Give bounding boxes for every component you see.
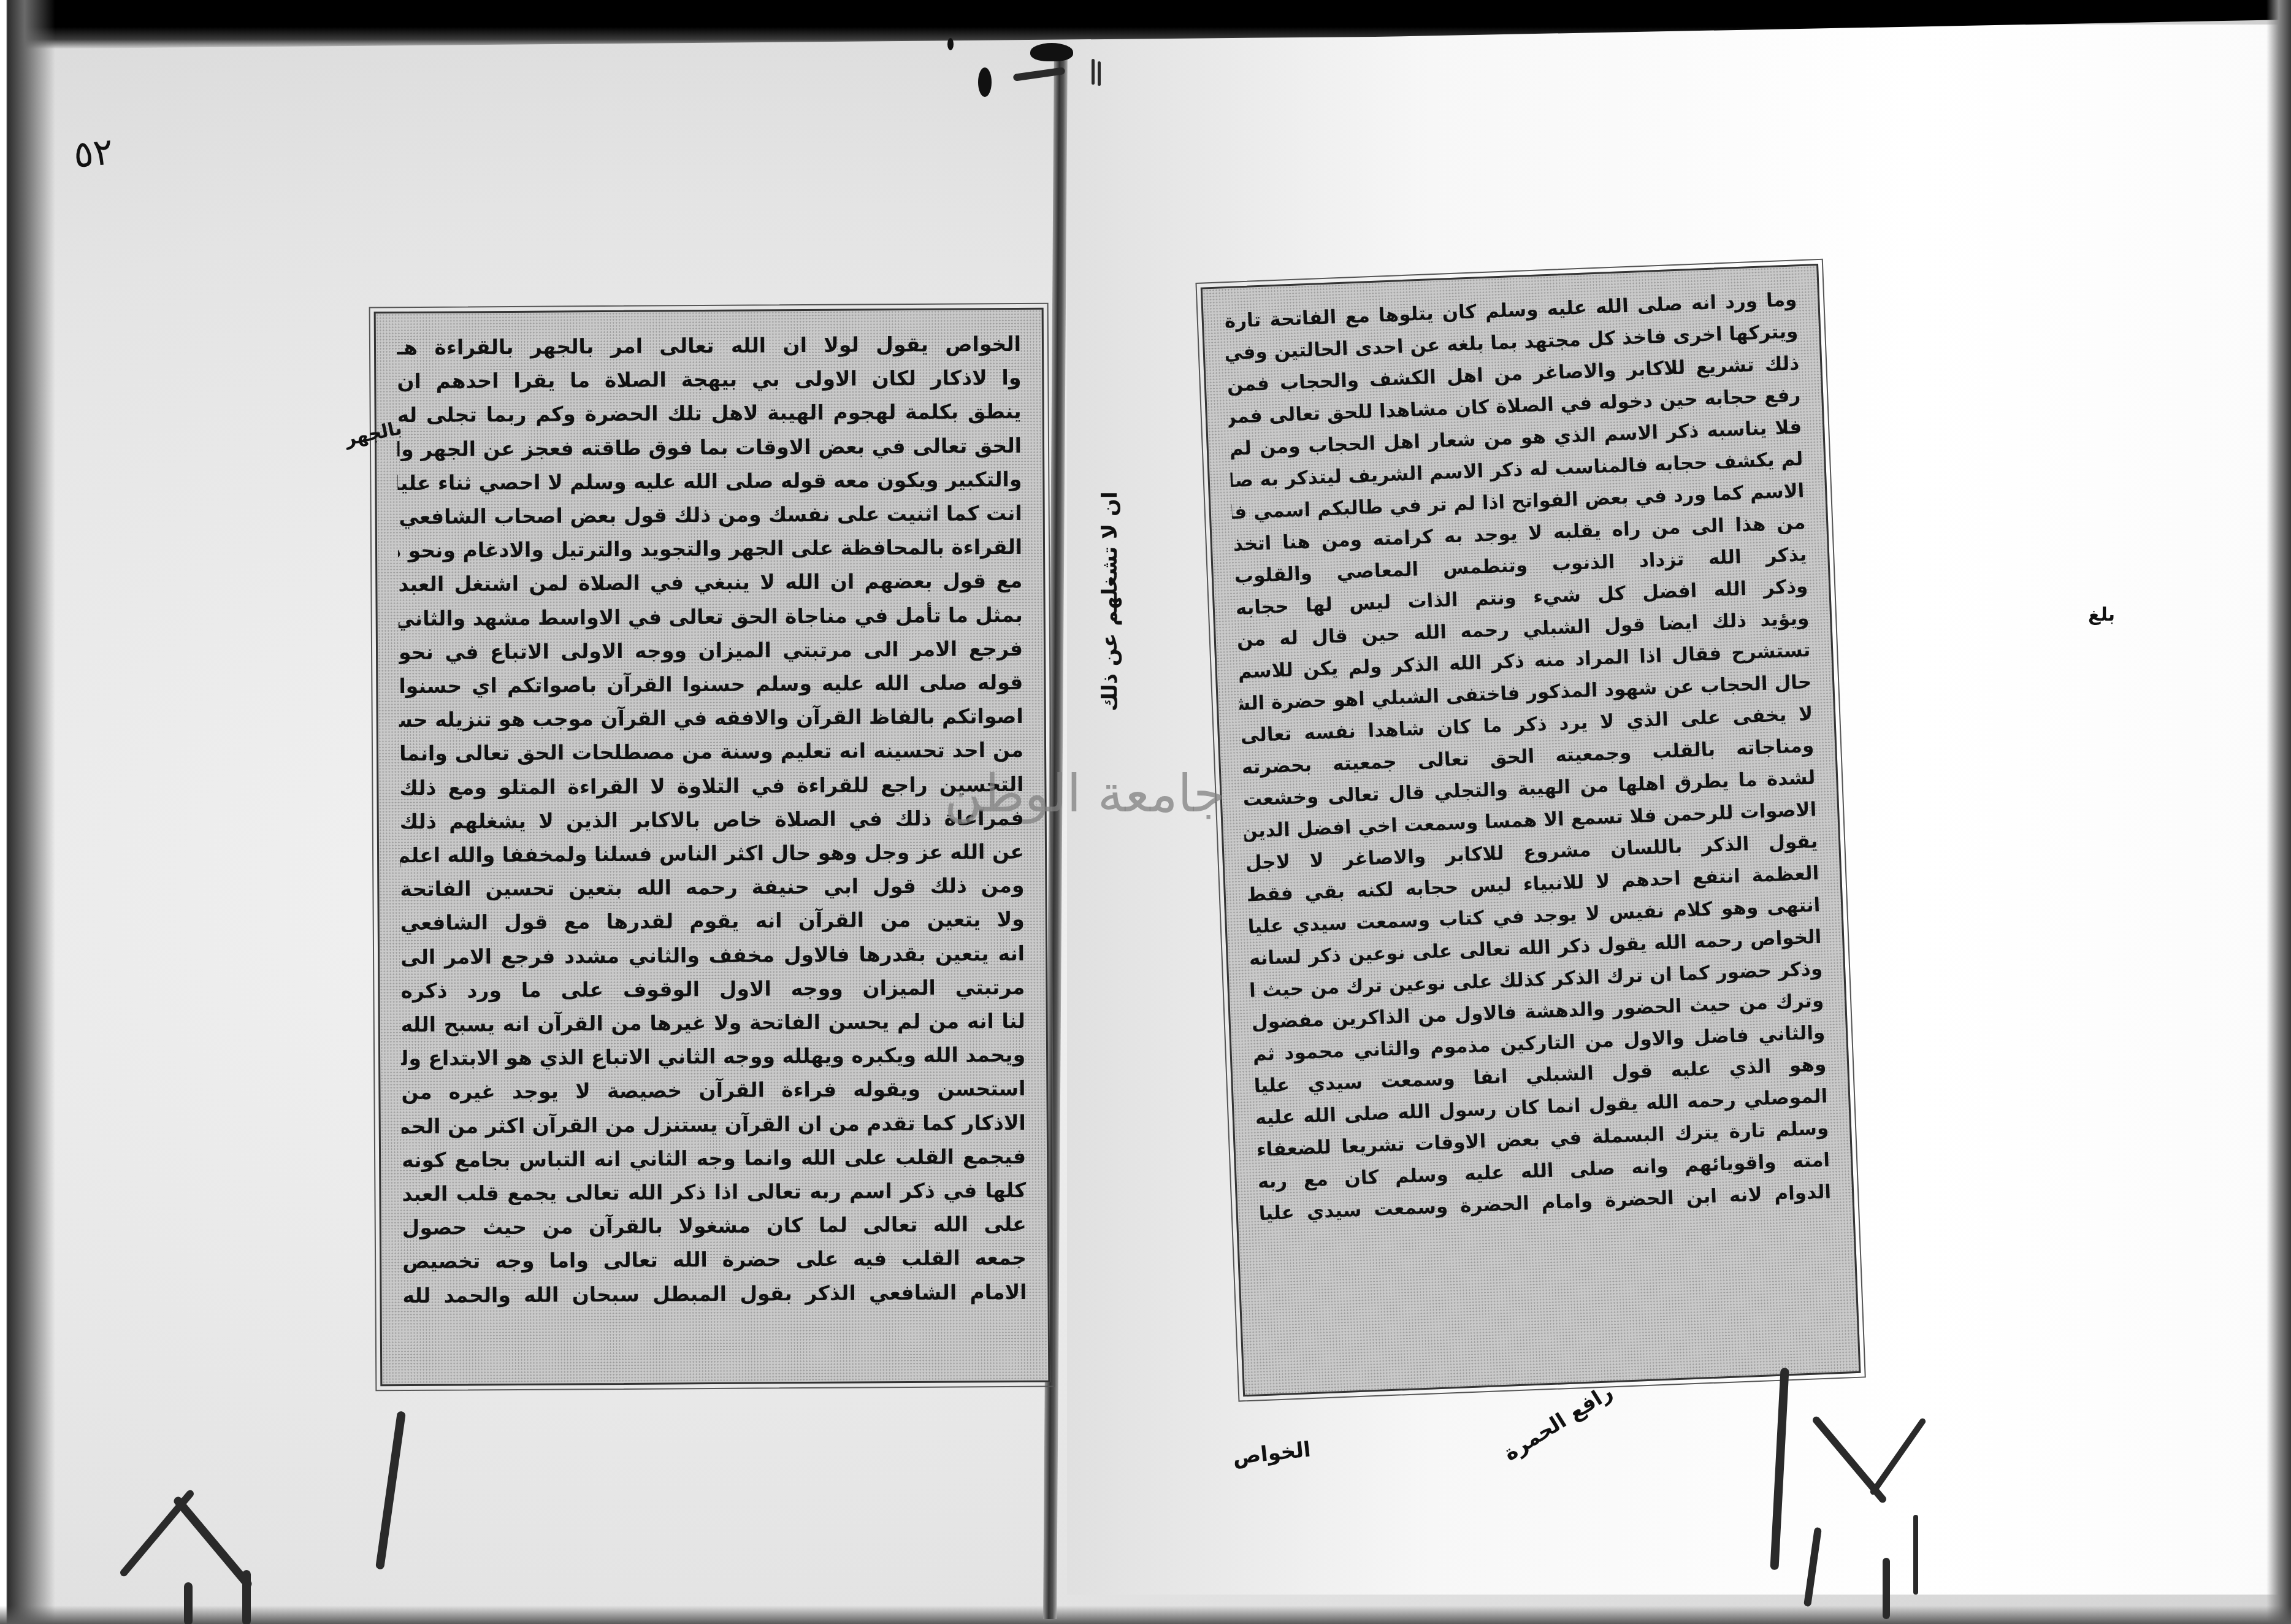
manuscript-line: جمعه القلب فيه على حضرة الله تعالى واما … (402, 1241, 1027, 1278)
right-margin-note-vertical: ان لا تشغلهم عن ذلك (1098, 491, 1122, 711)
bleed-through-mark (242, 1570, 251, 1624)
manuscript-line: كلها في ذكر اسم ربه تعالى اذا ذكر الله ت… (402, 1173, 1026, 1211)
manuscript-line: الخواص يقول لولا ان الله تعالى امر بالجه… (397, 327, 1021, 364)
manuscript-line: الامام الشافعي الذكر بقول المبطل سبحان ا… (402, 1275, 1027, 1312)
manuscript-line: الحق تعالى في بعض الاوقات بما فوق طاقته … (397, 429, 1022, 466)
manuscript-line: ويحمد الله ويكبره ويهلله ووجه الثاني الا… (401, 1038, 1025, 1075)
manuscript-line: ولا يتعين من القرآن انه يقوم لقدرها مع ق… (400, 902, 1025, 940)
manuscript-line: انت كما اثنيت على نفسك ومن ذلك قول بعض ا… (398, 496, 1022, 534)
manuscript-line: فيجمع القلب على الله وانما وجه الثاني ان… (402, 1139, 1026, 1177)
ink-blot (978, 67, 992, 97)
bleed-through-mark (1883, 1558, 1890, 1619)
manuscript-line: الاذكار كما تقدم من ان القرآن يستنزل من … (402, 1106, 1026, 1143)
manuscript-line: فرجع الامر الى مرتبتي الميزان ووجه الاول… (399, 632, 1023, 669)
collation-mark: بلغ (2088, 604, 2115, 626)
manuscript-line: مرتبتي الميزان ووجه الاول الوقوف على ما … (400, 970, 1025, 1008)
ink-blot (947, 38, 954, 50)
bleed-through-mark (1913, 1515, 1918, 1595)
right-page-text-block: وما ورد انه صلى الله عليه وسلم كان يتلوه… (1201, 264, 1861, 1396)
manuscript-line: على الله تعالى لما كان مشغولا بالقرآن من… (402, 1207, 1027, 1244)
scan-right-edge (2266, 0, 2291, 1624)
manuscript-line: وا لاذكار لكان الاولى بي بيهجة الصلاة ما… (397, 361, 1021, 398)
manuscript-line: لنا انه من لم يحسن الفاتحة ولا غيرها من … (401, 1004, 1025, 1041)
scan-left-edge (0, 0, 55, 1624)
manuscript-line: قوله صلى الله عليه وسلم حسنوا القرآن باص… (399, 665, 1023, 703)
scan-bottom-edge (0, 1606, 2291, 1624)
ink-stroke (1092, 59, 1095, 85)
folio-number: ٥٢ (72, 130, 115, 177)
watermark: جامعة الوطن (944, 764, 1225, 824)
manuscript-line: ومن ذلك قول ابي حنيفة رحمه الله بتعين تح… (400, 868, 1024, 906)
manuscript-line: اصواتكم بالفاظ القرآن والافقه في القرآن … (399, 699, 1023, 737)
manuscript-line: فمراعاة ذلك في الصلاة خاص بالاكابر الذين… (400, 801, 1024, 838)
manuscript-line: من احد تحسينه انه تعليم وسنة من مصطلحات … (399, 733, 1023, 770)
manuscript-line: بمثل ما تأمل في مناجاة الحق تعالى في الا… (399, 598, 1023, 635)
manuscript-line: والتكبير ويكون معه قوله صلى الله عليه وس… (397, 462, 1022, 500)
manuscript-line: مع قول بعضهم ان الله لا ينبغي في الصلاة … (398, 564, 1022, 601)
manuscript-line: القراءة بالمحافظة على الجهر والتجويد وال… (398, 530, 1022, 567)
manuscript-line: انه يتعين بقدرها فالاول مخفف والثاني مشد… (400, 936, 1025, 974)
left-page-text-block: الخواص يقول لولا ان الله تعالى امر بالجه… (374, 308, 1050, 1387)
ink-blot (1030, 43, 1073, 61)
manuscript-line: ينطق بكلمة لهجوم الهيبة لاهل تلك الحضرة … (397, 394, 1022, 432)
manuscript-line: استحسن ويقوله فراءة القرآن خصيصة لا يوجد… (401, 1071, 1025, 1109)
bleed-through-mark (184, 1582, 193, 1624)
manuscript-line: عن الله عز وجل وهو حال اكثر الناس فسلنا … (400, 835, 1024, 872)
manuscript-line: التحسين راجع للقراءة في التلاوة لا القرا… (399, 767, 1023, 805)
ink-stroke (1098, 61, 1101, 86)
